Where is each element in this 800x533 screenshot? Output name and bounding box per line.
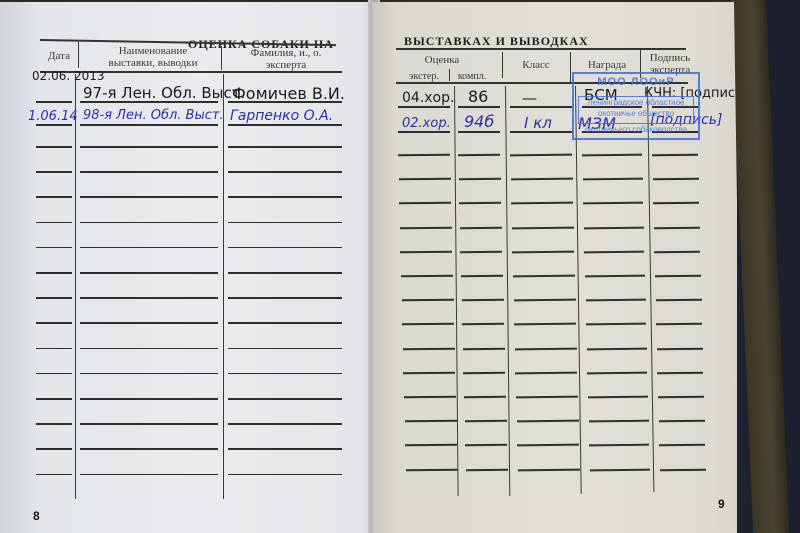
- row-rule: [512, 250, 574, 252]
- entry-2-show: 98-я Лен. Обл. Выст.: [83, 108, 224, 123]
- row-rule: [36, 474, 72, 476]
- row-rule: [36, 398, 72, 400]
- column-divider: [575, 86, 582, 494]
- row-rule: [406, 468, 458, 470]
- row-rule: [514, 299, 576, 301]
- column-divider: [454, 86, 459, 496]
- row-rule: [228, 124, 342, 126]
- row-rule: [80, 448, 218, 450]
- row-rule: [512, 226, 574, 228]
- row-rule: [514, 323, 576, 325]
- entry-2-expert: Гарпенко О.А.: [230, 108, 333, 124]
- row-rule: [36, 247, 72, 249]
- row-rule: [655, 275, 701, 277]
- row-rule: [403, 347, 455, 349]
- column-header-date: Дата: [40, 50, 78, 62]
- row-rule: [80, 474, 218, 476]
- page-number-right: 9: [718, 497, 725, 511]
- column-divider: [505, 86, 511, 496]
- row-rule: [515, 347, 577, 349]
- entry-1-date: 02.06. 2013: [32, 70, 105, 82]
- stamp-inner-frame: Ленинградское областное охотничье общест…: [578, 96, 694, 124]
- row-rule: [80, 398, 218, 400]
- row-rule: [586, 299, 646, 301]
- row-rule: [80, 196, 218, 198]
- row-rule: [80, 171, 218, 173]
- row-rule: [228, 101, 342, 103]
- row-rule: [582, 154, 642, 156]
- row-rule: [36, 297, 72, 299]
- row-rule: [228, 222, 342, 224]
- row-rule: [36, 101, 72, 103]
- row-rule: [458, 154, 500, 156]
- entry-2-date: 1.06.14: [28, 109, 78, 124]
- row-rule: [459, 202, 501, 204]
- row-rule: [586, 323, 646, 325]
- row-rule: [459, 178, 501, 180]
- row-rule: [228, 474, 342, 476]
- row-rule: [656, 323, 702, 325]
- row-rule: [589, 444, 649, 446]
- row-rule: [587, 347, 647, 349]
- header-divider: [502, 52, 503, 78]
- row-rule: [588, 396, 648, 398]
- row-rule: [405, 444, 457, 446]
- row-rule: [80, 272, 218, 274]
- row-rule: [513, 275, 575, 277]
- row-rule: [400, 226, 452, 228]
- row-rule: [36, 348, 72, 350]
- row-rule: [465, 420, 507, 422]
- row-rule: [228, 398, 342, 400]
- row-rule: [466, 468, 508, 470]
- row-rule: [585, 275, 645, 277]
- row-rule: [461, 275, 503, 277]
- header-divider: [78, 42, 79, 68]
- row-rule: [80, 124, 218, 126]
- row-rule: [659, 420, 705, 422]
- row-rule: [583, 202, 643, 204]
- row-rule: [654, 226, 700, 228]
- row-rule: [403, 372, 455, 374]
- row-rule: [518, 468, 580, 470]
- row-rule: [80, 297, 218, 299]
- row-rule: [652, 154, 698, 156]
- row-rule: [515, 371, 577, 373]
- row-rule: [517, 420, 579, 422]
- row-rule: [80, 247, 218, 249]
- row-rule: [36, 373, 72, 375]
- row-rule: [398, 131, 450, 133]
- entry-2-class: I кл: [524, 114, 552, 132]
- entry-1-exterior: 04.хор.: [402, 90, 454, 106]
- column-divider: [223, 74, 224, 499]
- row-rule: [516, 396, 578, 398]
- row-rule: [399, 202, 451, 204]
- row-rule: [228, 448, 342, 450]
- row-rule: [228, 272, 342, 274]
- entry-1-class: —: [522, 89, 537, 107]
- row-rule: [80, 101, 218, 103]
- stamp-line-3: охотничье общество: [579, 108, 693, 119]
- row-rule: [462, 323, 504, 325]
- row-rule: [228, 146, 342, 148]
- row-rule: [36, 322, 72, 324]
- stamp-line-4: охотничьего собаководства: [574, 124, 698, 135]
- column-header-exterior: экстер.: [402, 71, 446, 83]
- row-rule: [228, 247, 342, 249]
- row-rule: [460, 251, 502, 253]
- row-rule: [458, 131, 500, 133]
- row-rule: [80, 348, 218, 350]
- left-page: ОЦЕНКА СОБАКИ НА Дата Наименование выста…: [0, 2, 378, 533]
- row-rule: [460, 226, 502, 228]
- stamp-line-2: Ленинградское областное: [579, 97, 693, 108]
- entry-2-exterior: 02.хор.: [402, 116, 451, 131]
- stamp-org-name: МОО ЛООиР: [574, 77, 698, 88]
- row-rule: [660, 468, 706, 470]
- row-rule: [464, 396, 506, 398]
- row-rule: [657, 372, 703, 374]
- entry-1-show: 97-я Лен. Обл. Выст.: [83, 84, 245, 102]
- row-rule: [658, 396, 704, 398]
- row-rule: [228, 196, 342, 198]
- row-rule: [465, 444, 507, 446]
- row-rule: [399, 178, 451, 180]
- row-rule: [584, 226, 644, 228]
- page-number-left: 8: [33, 509, 40, 523]
- column-header-score: Оценка: [412, 54, 472, 66]
- row-rule: [584, 250, 644, 252]
- entry-2-complex: 94б: [464, 112, 494, 131]
- row-rule: [510, 131, 572, 133]
- header-top-rule: [396, 48, 686, 50]
- row-rule: [656, 299, 702, 301]
- row-rule: [589, 420, 649, 422]
- row-rule: [402, 323, 454, 325]
- row-rule: [517, 444, 579, 446]
- row-rule: [228, 171, 342, 173]
- row-rule: [510, 154, 572, 156]
- row-rule: [36, 272, 72, 274]
- row-rule: [511, 178, 573, 180]
- row-rule: [80, 373, 218, 375]
- entry-1-complex: 86: [468, 87, 488, 106]
- row-rule: [228, 348, 342, 350]
- row-rule: [511, 202, 573, 204]
- column-header-expert-name: Фамилия, и., о. эксперта: [236, 47, 336, 71]
- row-rule: [587, 371, 647, 373]
- row-rule: [398, 154, 450, 156]
- column-divider: [75, 74, 76, 499]
- row-rule: [653, 202, 699, 204]
- row-rule: [401, 275, 453, 277]
- column-header-complex: компл.: [452, 71, 492, 83]
- row-rule: [36, 448, 72, 450]
- row-rule: [36, 423, 72, 425]
- row-rule: [36, 171, 72, 173]
- row-rule: [458, 106, 500, 108]
- row-rule: [80, 222, 218, 224]
- row-rule: [657, 347, 703, 349]
- row-rule: [463, 372, 505, 374]
- column-divider: [647, 86, 655, 492]
- row-rule: [80, 322, 218, 324]
- row-rule: [654, 251, 700, 253]
- row-rule: [228, 297, 342, 299]
- row-rule: [405, 420, 457, 422]
- row-rule: [36, 146, 72, 148]
- row-rule: [228, 373, 342, 375]
- row-rule: [463, 347, 505, 349]
- row-rule: [398, 106, 450, 108]
- row-rule: [510, 106, 572, 108]
- row-rule: [228, 423, 342, 425]
- row-rule: [583, 178, 643, 180]
- row-rule: [36, 196, 72, 198]
- row-rule: [590, 468, 650, 470]
- row-rule: [36, 222, 72, 224]
- column-header-award: Награда: [577, 59, 637, 71]
- row-rule: [400, 251, 452, 253]
- row-rule: [653, 178, 699, 180]
- row-rule: [404, 396, 456, 398]
- column-header-show-name: Наименование выставки, выводки: [98, 45, 208, 69]
- row-rule: [462, 299, 504, 301]
- row-rule: [80, 146, 218, 148]
- organization-stamp: МОО ЛООиР Ленинградское областное охотни…: [572, 72, 700, 140]
- column-header-class: Класс: [506, 59, 566, 71]
- row-rule: [402, 299, 454, 301]
- right-page-title: ВЫСТАВКАХ И ВЫВОДКАХ: [404, 34, 589, 49]
- header-divider: [221, 46, 222, 70]
- header-divider: [449, 69, 450, 81]
- row-rule: [659, 444, 705, 446]
- row-rule: [36, 124, 72, 126]
- row-rule: [80, 423, 218, 425]
- row-rule: [228, 322, 342, 324]
